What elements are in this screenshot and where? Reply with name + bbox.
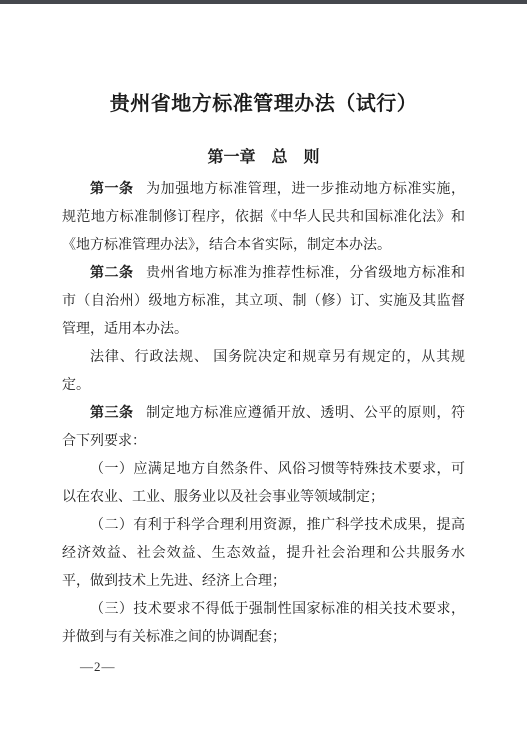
paragraph-article-1: 第一条为加强地方标准管理，进一步推动地方标准实施，规范地方标准制修订程序，依据《…	[62, 176, 465, 260]
paragraph-item-3: （三）技术要求不得低于强制性国家标准的相关技术要求，并做到与有关标准之间的协调配…	[62, 596, 465, 652]
paragraph-text: （三）技术要求不得低于强制性国家标准的相关技术要求，并做到与有关标准之间的协调配…	[62, 602, 465, 645]
paragraph-item-1: （一）应满足地方自然条件、风俗习惯等特殊技术要求，可以在农业、工业、服务业以及社…	[62, 456, 465, 512]
article-number: 第二条	[90, 266, 134, 281]
page-number: —2—	[80, 659, 116, 675]
paragraph-legal-note: 法律、行政法规、 国务院决定和规章另有规定的，从其规定。	[62, 344, 465, 400]
window-top-bar	[0, 0, 527, 4]
document-title: 贵州省地方标准管理办法（试行）	[0, 0, 527, 117]
paragraph-text: 法律、行政法规、 国务院决定和规章另有规定的，从其规定。	[62, 350, 465, 393]
article-number: 第三条	[90, 406, 134, 421]
document-body: 第一条为加强地方标准管理，进一步推动地方标准实施，规范地方标准制修订程序，依据《…	[62, 176, 465, 652]
paragraph-item-2: （二）有利于科学合理利用资源，推广科学技术成果，提高经济效益、社会效益、生态效益…	[62, 512, 465, 596]
document-page: 贵州省地方标准管理办法（试行） 第一章 总 则 第一条为加强地方标准管理，进一步…	[0, 0, 527, 750]
paragraph-article-3: 第三条制定地方标准应遵循开放、透明、公平的原则，符合下列要求：	[62, 400, 465, 456]
paragraph-text: （一）应满足地方自然条件、风俗习惯等特殊技术要求，可以在农业、工业、服务业以及社…	[62, 462, 465, 505]
paragraph-article-2: 第二条贵州省地方标准为推荐性标准，分省级地方标准和市（自治州）级地方标准，其立项…	[62, 260, 465, 344]
article-number: 第一条	[90, 182, 134, 197]
chapter-heading: 第一章 总 则	[0, 148, 527, 167]
paragraph-text: （二）有利于科学合理利用资源，推广科学技术成果，提高经济效益、社会效益、生态效益…	[62, 518, 465, 589]
